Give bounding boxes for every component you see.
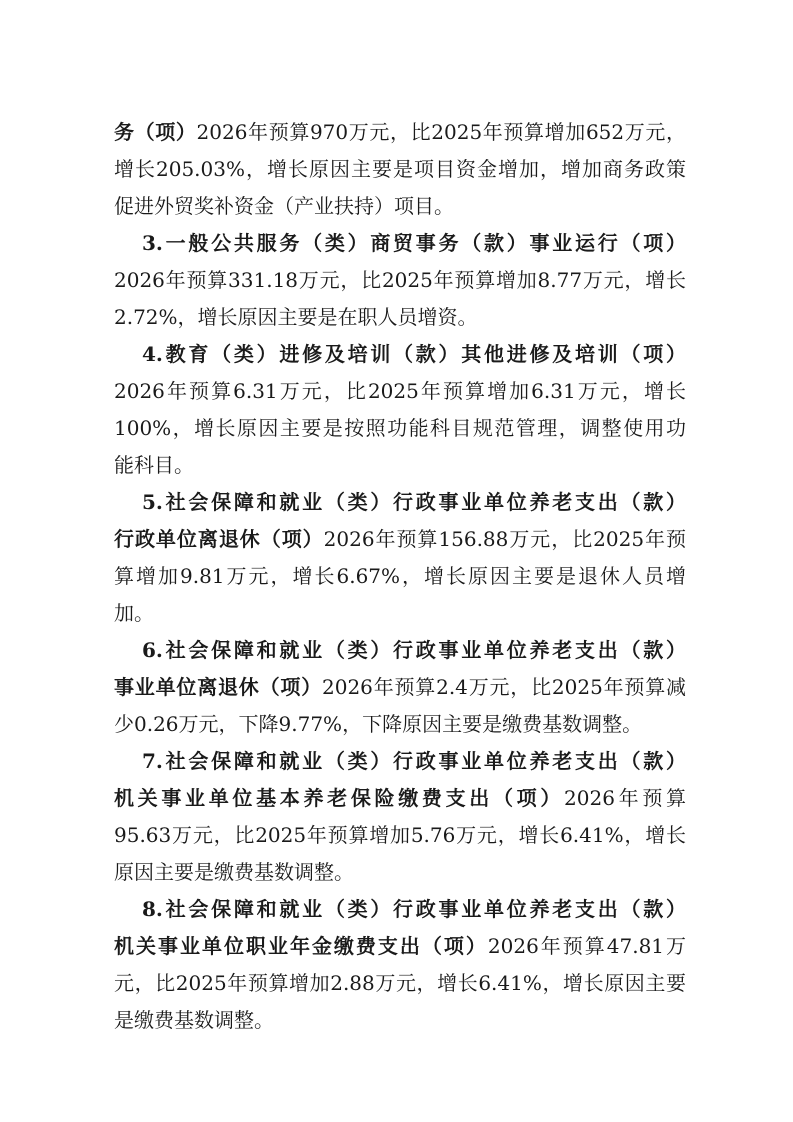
item-body: 是缴费基数调整。 — [114, 1008, 274, 1032]
item-heading: 机关事业单位职业年金缴费支出（项） — [114, 934, 488, 958]
item-heading: 6.社会保障和就业（类）行政事业单位养老支出（款） — [142, 638, 686, 662]
item-heading: 行政单位离退休（项） — [114, 527, 324, 551]
item-heading: 事业单位离退休（项） — [114, 675, 322, 699]
item-body: 2.72%，增长原因主要是在职人员增资。 — [114, 305, 478, 329]
item-heading: 4.教育（类）进修及培训（款）其他进修及培训（项） — [142, 342, 686, 366]
item-body: 加。 — [114, 601, 154, 625]
item-body: 少0.26万元，下降9.77%，下降原因主要是缴费基数调整。 — [114, 712, 642, 736]
item-heading-line: 8.社会保障和就业（类）行政事业单位养老支出（款） — [114, 891, 686, 928]
item-body: 95.63万元，比2025年预算增加5.76万元，增长6.41%，增长 — [114, 823, 686, 847]
text-line: 增长205.03%，增长原因主要是项目资金增加，增加商务政策 — [114, 151, 686, 188]
text-line: 2026年预算331.18万元，比2025年预算增加8.77万元，增长 — [114, 262, 686, 299]
item-heading-line: 3.一般公共服务（类）商贸事务（款）事业运行（项） — [114, 225, 686, 262]
text-line: 100%，增长原因主要是按照功能科目规范管理，调整使用功 — [114, 410, 686, 447]
paragraph-item-2-tail: 务（项）2026年预算970万元，比2025年预算增加652万元， 增长205.… — [114, 114, 686, 225]
text-line: 算增加9.81万元，增长6.67%，增长原因主要是退休人员增 — [114, 558, 686, 595]
document-page: 务（项）2026年预算970万元，比2025年预算增加652万元， 增长205.… — [114, 114, 686, 1039]
item-body: 增长205.03%，增长原因主要是项目资金增加，增加商务政策 — [114, 157, 686, 181]
item-body: 能科目。 — [114, 453, 194, 477]
item-heading: 5.社会保障和就业（类）行政事业单位养老支出（款） — [142, 490, 686, 514]
item-body: 2026年预算331.18万元，比2025年预算增加8.77万元，增长 — [114, 268, 686, 292]
item-heading: 务（项） — [114, 120, 197, 144]
item-heading-line: 7.社会保障和就业（类）行政事业单位养老支出（款） — [114, 743, 686, 780]
paragraph-item-6: 6.社会保障和就业（类）行政事业单位养老支出（款） 事业单位离退休（项）2026… — [114, 632, 686, 743]
text-line: 机关事业单位职业年金缴费支出（项）2026年预算47.81万 — [114, 928, 686, 965]
item-body: 2026年预算156.88万元，比2025年预 — [324, 527, 686, 551]
item-body: 2026年预算2.4万元，比2025年预算减 — [322, 675, 686, 699]
item-heading-line: 6.社会保障和就业（类）行政事业单位养老支出（款） — [114, 632, 686, 669]
item-body: 2026年预算6.31万元，比2025年预算增加6.31万元，增长 — [114, 379, 686, 403]
text-line: 事业单位离退休（项）2026年预算2.4万元，比2025年预算减 — [114, 669, 686, 706]
item-body: 促进外贸奖补资金（产业扶持）项目。 — [114, 194, 454, 218]
text-line: 原因主要是缴费基数调整。 — [114, 854, 686, 891]
item-heading: 机关事业单位基本养老保险缴费支出（项） — [114, 786, 564, 810]
text-line: 元，比2025年预算增加2.88万元，增长6.41%，增长原因主要 — [114, 965, 686, 1002]
paragraph-item-8: 8.社会保障和就业（类）行政事业单位养老支出（款） 机关事业单位职业年金缴费支出… — [114, 891, 686, 1039]
item-body: 2026年预算970万元，比2025年预算增加652万元， — [197, 120, 686, 144]
text-line: 务（项）2026年预算970万元，比2025年预算增加652万元， — [114, 114, 686, 151]
paragraph-item-3: 3.一般公共服务（类）商贸事务（款）事业运行（项） 2026年预算331.18万… — [114, 225, 686, 336]
text-line: 少0.26万元，下降9.77%，下降原因主要是缴费基数调整。 — [114, 706, 686, 743]
item-body: 100%，增长原因主要是按照功能科目规范管理，调整使用功 — [114, 416, 686, 440]
text-line: 促进外贸奖补资金（产业扶持）项目。 — [114, 188, 686, 225]
text-line: 加。 — [114, 595, 686, 632]
item-body: 2026年预算 — [564, 786, 686, 810]
text-line: 能科目。 — [114, 447, 686, 484]
text-line: 95.63万元，比2025年预算增加5.76万元，增长6.41%，增长 — [114, 817, 686, 854]
paragraph-item-4: 4.教育（类）进修及培训（款）其他进修及培训（项） 2026年预算6.31万元，… — [114, 336, 686, 484]
text-line: 行政单位离退休（项）2026年预算156.88万元，比2025年预 — [114, 521, 686, 558]
text-line: 2026年预算6.31万元，比2025年预算增加6.31万元，增长 — [114, 373, 686, 410]
paragraph-item-7: 7.社会保障和就业（类）行政事业单位养老支出（款） 机关事业单位基本养老保险缴费… — [114, 743, 686, 891]
text-line: 2.72%，增长原因主要是在职人员增资。 — [114, 299, 686, 336]
item-heading-line: 5.社会保障和就业（类）行政事业单位养老支出（款） — [114, 484, 686, 521]
text-line: 是缴费基数调整。 — [114, 1002, 686, 1039]
item-body: 2026年预算47.81万 — [488, 934, 686, 958]
paragraph-item-5: 5.社会保障和就业（类）行政事业单位养老支出（款） 行政单位离退休（项）2026… — [114, 484, 686, 632]
item-heading: 7.社会保障和就业（类）行政事业单位养老支出（款） — [142, 749, 686, 773]
item-body: 元，比2025年预算增加2.88万元，增长6.41%，增长原因主要 — [114, 971, 686, 995]
text-line: 机关事业单位基本养老保险缴费支出（项）2026年预算 — [114, 780, 686, 817]
item-heading-line: 4.教育（类）进修及培训（款）其他进修及培训（项） — [114, 336, 686, 373]
item-heading: 3.一般公共服务（类）商贸事务（款）事业运行（项） — [142, 231, 686, 255]
item-body: 算增加9.81万元，增长6.67%，增长原因主要是退休人员增 — [114, 564, 686, 588]
item-body: 原因主要是缴费基数调整。 — [114, 860, 354, 884]
item-heading: 8.社会保障和就业（类）行政事业单位养老支出（款） — [142, 897, 686, 921]
